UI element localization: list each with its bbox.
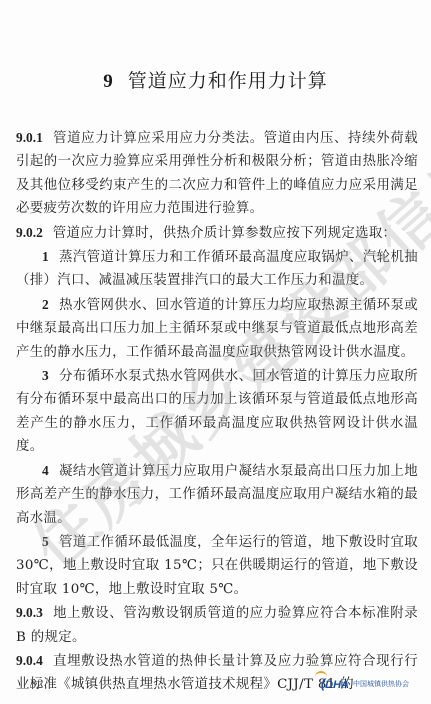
item-number: 4 <box>42 463 49 478</box>
item-text: 分布循环水泵式热水管网供水、回水管道的计算压力应取所有分布循环泵中最高出口的压力… <box>16 369 418 454</box>
clause-9-0-3: 9.0.3地上敷设、管沟敷设钢质管道的应力验算应符合本标准附录 B 的规定。 <box>16 601 418 649</box>
clause-item: 3分布循环水泵式热水管网供水、回水管道的计算压力应取所有分布循环泵中最高出口的压… <box>16 364 418 459</box>
item-text: 管道工作循环最低温度，全年运行的管道，地下敷设时宜取 30℃，地上敷设时宜取 1… <box>16 535 418 597</box>
clause-text: 管道应力计算时，供热介质计算参数应按下列规定选取： <box>53 226 397 241</box>
item-number: 1 <box>42 249 49 264</box>
clause-number: 9.0.2 <box>16 225 43 240</box>
item-text: 蒸汽管道计算压力和工作循环最高温度应取锅炉、汽轮机抽（排）汽口、减温减压装置排汽… <box>16 250 418 288</box>
clause-item: 1蒸汽管道计算压力和工作循环最高温度应取锅炉、汽轮机抽（排）汽口、减温减压装置排… <box>16 245 418 293</box>
item-number: 5 <box>42 534 49 549</box>
item-text: 凝结水管道计算压力应取用户凝结水泵最高出口压力加上地形高差产生的静水压力，工作循… <box>16 464 418 526</box>
clause-item: 2热水管网供水、回水管道的计算压力均应取热源主循环泵或中继泵最高出口压力加上主循… <box>16 293 418 364</box>
clause-9-0-1: 9.0.1管道应力计算应采用应力分类法。管道由内压、持续外荷载引起的一次应力验算… <box>16 126 418 221</box>
chapter-number: 9 <box>103 71 114 92</box>
clause-number: 9.0.1 <box>16 130 43 145</box>
document-body: 9.0.1管道应力计算应采用应力分类法。管道由内压、持续外荷载引起的一次应力验算… <box>16 126 418 697</box>
clause-text: 管道应力计算应采用应力分类法。管道由内压、持续外荷载引起的一次应力验算应采用弹性… <box>16 131 418 216</box>
chapter-title-text: 管道应力和作用力计算 <box>128 70 328 92</box>
clause-number: 9.0.3 <box>16 605 43 620</box>
document-page: 9管道应力和作用力计算 9.0.1管道应力计算应采用应力分类法。管道由内压、持续… <box>0 0 431 704</box>
logo-mark-text: DHA <box>325 679 349 691</box>
clause-text: 地上敷设、管沟敷设钢质管道的应力验算应符合本标准附录 B 的规定。 <box>16 606 418 644</box>
logo-org-name: 中国城镇供热协会 <box>353 679 409 689</box>
item-number: 3 <box>42 368 49 383</box>
page-number: 32 <box>30 676 43 692</box>
clause-item: 4凝结水管道计算压力应取用户凝结水泵最高出口压力加上地形高差产生的静水压力，工作… <box>16 459 418 530</box>
item-number: 2 <box>42 297 49 312</box>
chapter-title: 9管道应力和作用力计算 <box>0 66 431 93</box>
clause-item: 5管道工作循环最低温度，全年运行的管道，地下敷设时宜取 30℃，地上敷设时宜取 … <box>16 530 418 601</box>
logo-arc-icon <box>315 671 327 681</box>
clause-9-0-2: 9.0.2管道应力计算时，供热介质计算参数应按下列规定选取： <box>16 221 418 245</box>
logo-icon: (DHA <box>315 676 349 691</box>
clause-number: 9.0.4 <box>16 653 43 668</box>
item-text: 热水管网供水、回水管道的计算压力均应取热源主循环泵或中继泵最高出口压力加上主循环… <box>16 298 418 360</box>
publisher-logo: (DHA 中国城镇供热协会 <box>315 676 409 691</box>
